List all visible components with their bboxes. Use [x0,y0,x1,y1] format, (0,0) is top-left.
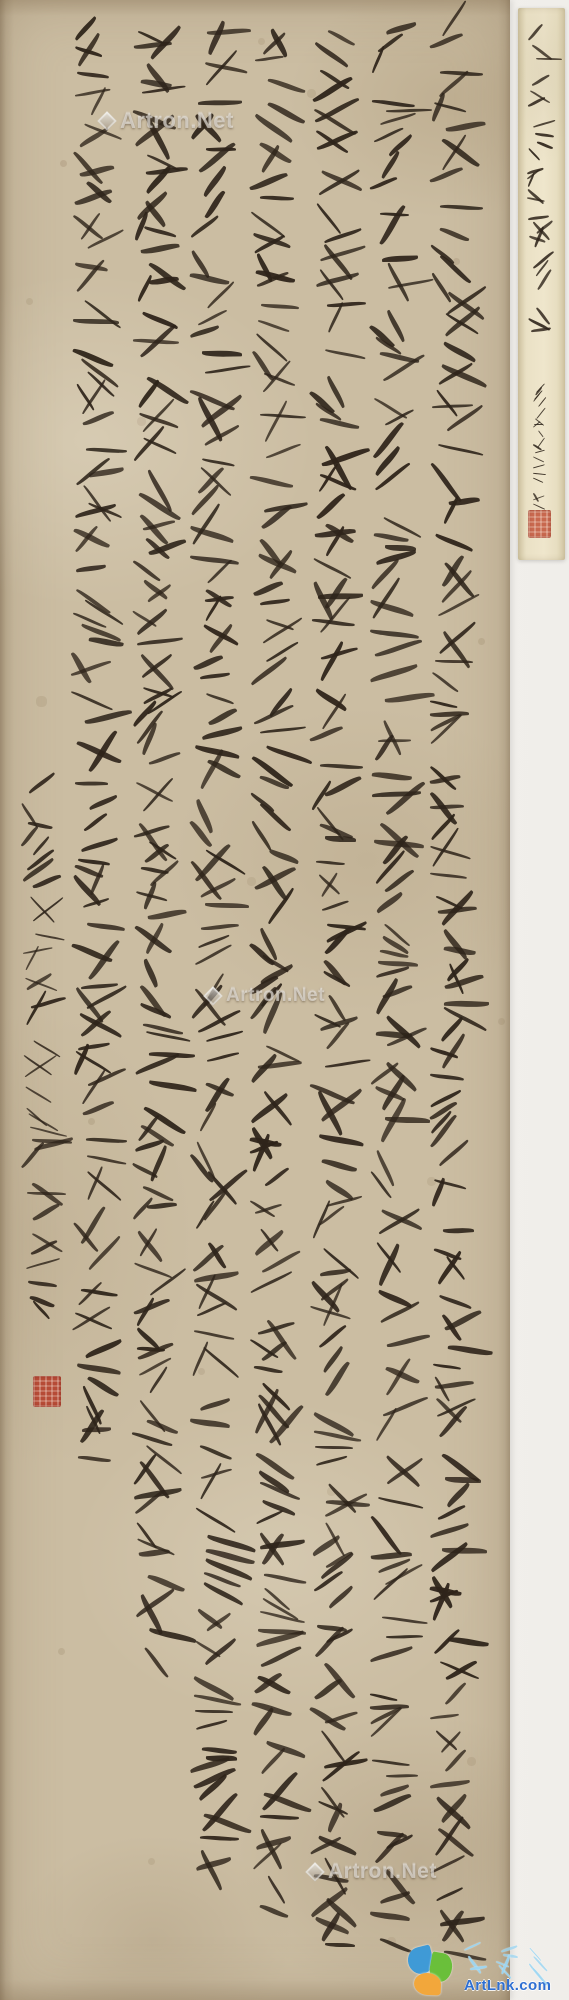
calligraphy-char [250,909,306,969]
calligraphy-column-6 [128,28,188,1668]
calligraphy-char [71,465,125,523]
calligraphy-char [527,34,557,66]
calligraphy-char [527,80,557,112]
calligraphy-char [370,235,426,295]
calligraphy-char [310,855,366,915]
calligraphy-char [370,1340,426,1400]
calligraphy-char [527,308,557,340]
calligraphy-char [370,1547,426,1607]
calligraphy-char [250,773,306,833]
calligraphy-char [131,819,185,877]
calligraphy-char [250,1858,306,1918]
calligraphy-char [430,1294,486,1354]
calligraphy-char [370,1133,426,1193]
calligraphy-char [71,528,125,586]
calligraphy-char [71,590,125,648]
calligraphy-char [310,1409,366,1469]
calligraphy-char [131,636,185,694]
calligraphy-char [71,1092,125,1150]
calligraphy-char [430,559,486,619]
artist-seal [33,1376,61,1407]
calligraphy-char [430,1027,486,1087]
calligraphy-char [430,1094,486,1154]
calligraphy-char [190,1536,246,1596]
calligraphy-char [250,502,306,562]
calligraphy-char [527,125,557,157]
calligraphy-char [310,786,366,846]
calligraphy-char [71,1406,125,1464]
calligraphy-char [190,506,246,566]
calligraphy-char [71,841,125,899]
calligraphy-char [250,1383,306,1443]
calligraphy-char [190,1262,246,1322]
artron-logo-icon [203,986,223,1006]
calligraphy-char [190,1193,246,1253]
photo-canvas: Artron.Net Artron.Net Artron.Net ArtLnk.… [0,0,569,2000]
calligraphy-char [527,262,557,294]
calligraphy-char [370,1754,426,1814]
calligraphy-char [310,232,366,292]
calligraphy-char [430,1762,486,1822]
calligraphy-char [250,1654,306,1714]
calligraphy-char [71,1218,125,1276]
calligraphy-char [533,467,549,484]
calligraphy-char [310,1686,366,1746]
calligraphy-char [430,291,486,351]
calligraphy-char [71,26,125,84]
calligraphy-column-4 [248,28,308,1918]
calligraphy-char [527,217,557,249]
calligraphy-char [430,492,486,552]
calligraphy-char [71,904,125,962]
calligraphy-char [71,1343,125,1401]
calligraphy-char [250,231,306,291]
calligraphy-char [533,442,549,459]
label-inscription-column [531,390,551,510]
calligraphy-char [310,163,366,223]
calligraphy-char [533,390,549,407]
calligraphy-char [370,1685,426,1745]
calligraphy-char [20,1158,66,1208]
calligraphy-char [131,697,185,755]
calligraphy-char [430,1495,486,1555]
calligraphy-column-2 [368,28,428,1952]
calligraphy-char [310,1894,366,1954]
calligraphy-char [20,1052,66,1102]
calligraphy-char [20,1264,66,1314]
calligraphy-char [190,1605,246,1665]
calligraphy-char [131,1427,185,1485]
calligraphy-char [71,151,125,209]
calligraphy-char [20,894,66,944]
calligraphy-char [370,1202,426,1262]
calligraphy-char [250,1248,306,1308]
calligraphy-char [190,438,246,498]
calligraphy-char [310,717,366,777]
calligraphy-column-7 [68,26,128,1464]
calligraphy-char [310,509,366,569]
artron-watermark: Artron.Net [308,1860,437,1884]
calligraphy-char [131,1245,185,1303]
calligraphy-char [310,1063,366,1123]
calligraphy-char [131,1306,185,1364]
calligraphy-char [370,97,426,157]
calligraphy-char [250,706,306,766]
calligraphy-char [131,1184,185,1242]
calligraphy-char [131,271,185,329]
title-label-strip [518,8,565,560]
paper-foxing-spots [0,0,3,3]
calligraphy-char [310,370,366,430]
calligraphy-char [190,850,246,910]
calligraphy-char [430,1561,486,1621]
artlnk-cn-glyphs [464,1948,552,1975]
calligraphy-char [430,158,486,218]
calligraphy-char [430,1829,486,1889]
calligraphy-char [131,515,185,573]
calligraphy-char [310,1617,366,1677]
calligraphy-char [370,787,426,847]
calligraphy-char [250,28,306,88]
calligraphy-char [430,24,486,84]
calligraphy-char [310,301,366,361]
calligraphy-char [131,758,185,816]
calligraphy-char [430,893,486,953]
watermark-text: Artron.Net [120,108,234,134]
calligraphy-char [370,1616,426,1676]
calligraphy-char [190,575,246,635]
calligraphy-char [20,947,66,997]
calligraphy-char [310,1132,366,1192]
calligraphy-char [495,1948,521,1976]
calligraphy-char [430,759,486,819]
label-title-column [525,34,558,340]
calligraphy-char [190,1467,246,1527]
calligraphy-char [250,164,306,224]
calligraphy-char [310,1340,366,1400]
calligraphy-char [370,580,426,640]
calligraphy-char [370,925,426,985]
calligraphy-char [430,1695,486,1755]
calligraphy-char [533,416,549,433]
calligraphy-char [190,1330,246,1390]
calligraphy-char [20,1000,66,1050]
calligraphy-char [250,1044,306,1104]
calligraphy-char [250,1112,306,1172]
calligraphy-char [190,26,246,86]
signature-column [16,788,70,1314]
calligraphy-char [190,301,246,361]
calligraphy-char [190,918,246,978]
calligraphy-char [190,781,246,841]
calligraphy-char [190,712,246,772]
calligraphy-char [250,1316,306,1376]
calligraphy-char [190,1811,246,1871]
artron-watermark: Artron.Net [100,108,234,134]
calligraphy-char [131,28,185,86]
calligraphy-char [131,576,185,634]
calligraphy-char [131,941,185,999]
calligraphy-char [131,1367,185,1425]
calligraphy-char [131,1062,185,1120]
calligraphy-char [20,1105,66,1155]
calligraphy-char [250,1451,306,1511]
calligraphy-char [190,232,246,292]
calligraphy-char [310,1201,366,1261]
calligraphy-char [190,1056,246,1116]
calligraphy-char [71,716,125,774]
calligraphy-char [370,442,426,502]
calligraphy-char [527,171,557,203]
calligraphy-char [430,1428,486,1488]
calligraphy-char [370,28,426,88]
calligraphy-char [20,788,66,838]
calligraphy-char [310,93,366,153]
calligraphy-char [20,1211,66,1261]
artlnk-domain-text: ArtLnk.com [464,1977,551,1994]
watermark-text: Artron.Net [226,985,325,1007]
artron-watermark: Artron.Net [206,985,325,1007]
calligraphy-char [430,1227,486,1287]
calligraphy-char [310,24,366,84]
watermark-text: Artron.Net [328,1860,437,1884]
calligraphy-char [370,304,426,364]
calligraphy-char [310,1478,366,1538]
calligraphy-char [131,1610,185,1668]
calligraphy-char [310,1548,366,1608]
calligraphy-char [310,440,366,500]
calligraphy-char [190,644,246,704]
calligraphy-char [71,1155,125,1213]
artron-logo-icon [97,111,117,131]
calligraphy-char [370,994,426,1054]
calligraphy-char [71,1280,125,1338]
calligraphy-char [131,1123,185,1181]
calligraphy-char [250,435,306,495]
calligraphy-char [131,1002,185,1060]
calligraphy-char [250,841,306,901]
calligraphy-char [310,924,366,984]
calligraphy-char [71,967,125,1025]
calligraphy-char [131,1488,185,1546]
calligraphy-char [370,1892,426,1952]
calligraphy-char [131,454,185,512]
calligraphy-char [250,299,306,359]
calligraphy-char [370,1478,426,1538]
calligraphy-char [310,578,366,638]
calligraphy-char [250,1790,306,1850]
calligraphy-char [430,960,486,1020]
calligraphy-char [250,1587,306,1647]
calligraphy-char [533,493,549,510]
calligraphy-char [370,856,426,916]
calligraphy-column-5 [188,26,248,1871]
calligraphy-column-1 [428,24,488,1956]
calligraphy-char [430,692,486,752]
calligraphy-char [131,393,185,451]
calligraphy-char [250,638,306,698]
calligraphy-char [430,626,486,686]
calligraphy-char [71,277,125,335]
calligraphy-char [430,826,486,886]
calligraphy-char [190,1673,246,1733]
calligraphy-char [20,841,66,891]
calligraphy-char [310,647,366,707]
calligraphy-char [310,1271,366,1331]
calligraphy-char [190,1399,246,1459]
calligraphy-char [464,1948,490,1976]
calligraphy-char [250,1519,306,1579]
calligraphy-char [370,718,426,778]
calligraphy-char [71,402,125,460]
calligraphy-char [71,779,125,837]
calligraphy-char [430,1628,486,1688]
calligraphy-char [370,649,426,709]
calligraphy-char [526,1948,552,1976]
calligraphy-char [190,1742,246,1802]
calligraphy-char [430,1160,486,1220]
artlnk-cube-icon [407,1944,457,2000]
collector-seal [528,510,551,538]
calligraphy-char [430,91,486,151]
calligraphy-char [370,1271,426,1331]
cube-face-orange [414,1973,442,1996]
calligraphy-char [71,653,125,711]
calligraphy-char [190,369,246,429]
calligraphy-char [430,425,486,485]
calligraphy-char [430,225,486,285]
artron-logo-icon [305,1862,325,1882]
calligraphy-char [190,163,246,223]
calligraphy-char [131,211,185,269]
